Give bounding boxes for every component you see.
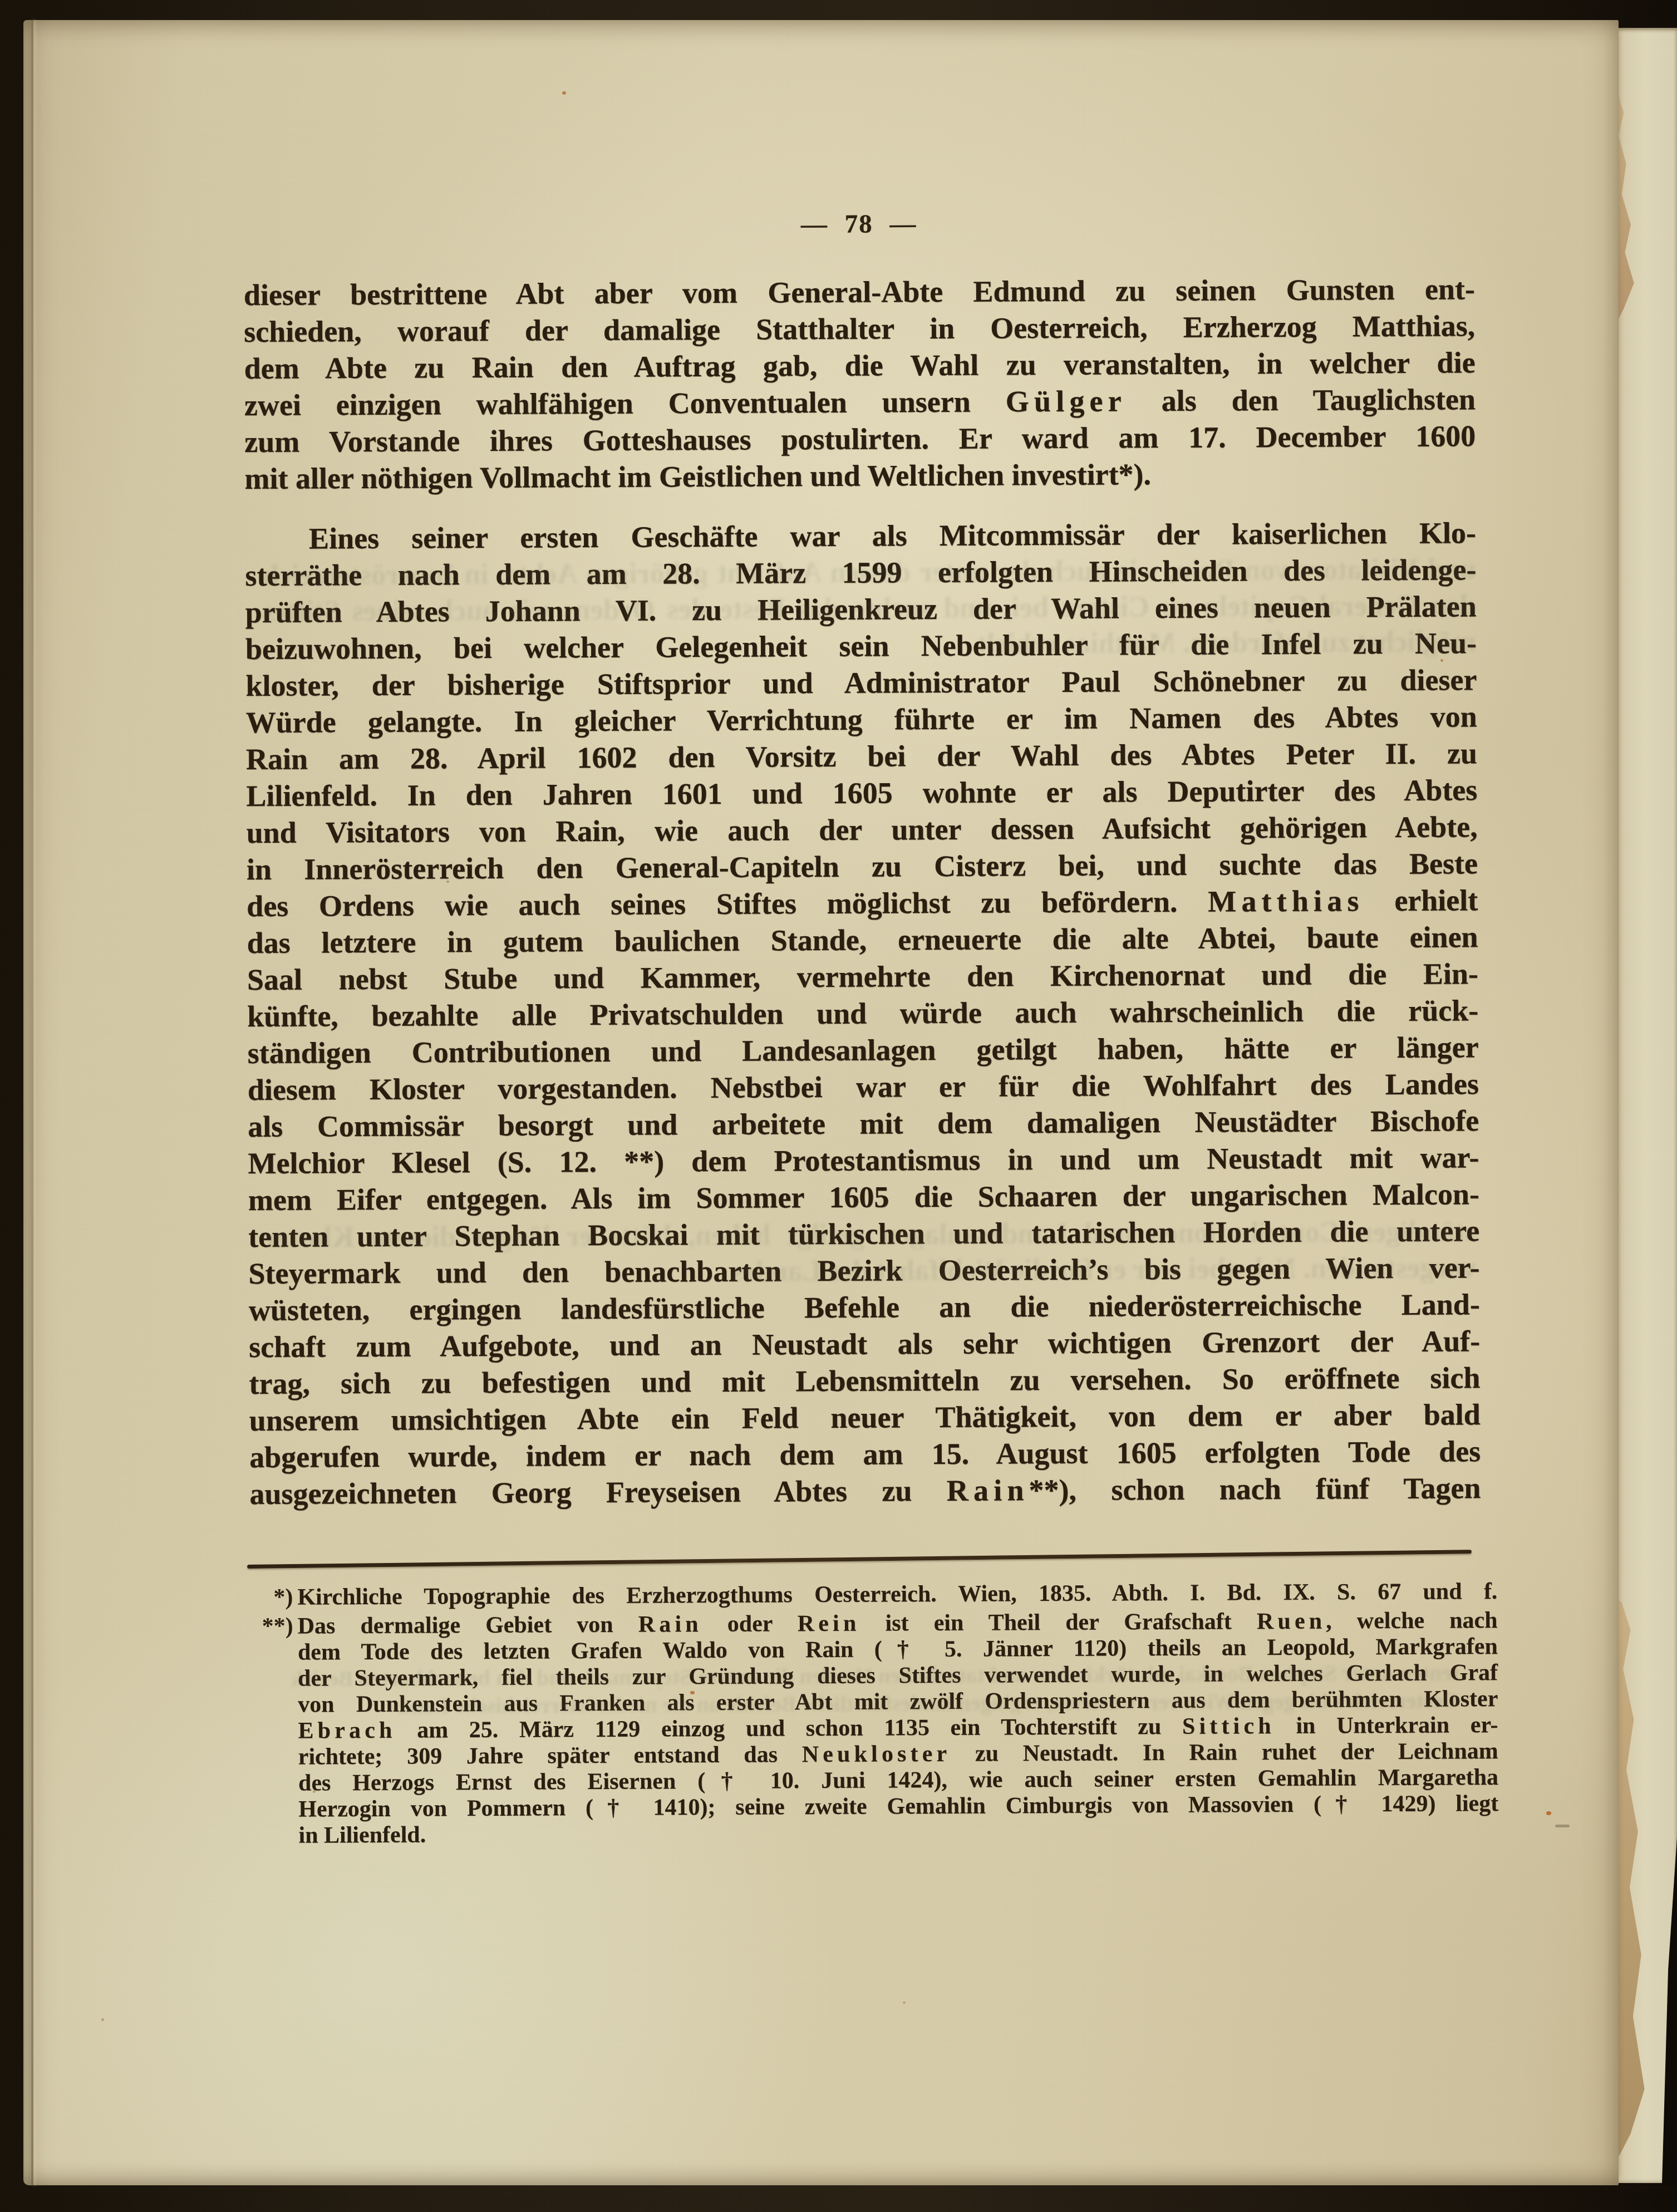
text-line: trag, sich zu befestigen und mit Lebensm… — [249, 1359, 1480, 1402]
footnote-line: Kirchliche Topographie des Erzherzogthum… — [297, 1579, 1497, 1611]
footnote-marker: **) — [249, 1614, 293, 1640]
main-text: dieser bestrittene Abt aber vom General-… — [244, 271, 1481, 1512]
letterspaced-word: Sittich — [1182, 1713, 1275, 1739]
text-line: dieser bestrittene Abt aber vom General-… — [244, 271, 1475, 313]
text-line: abgerufen wurde, indem er nach dem am 15… — [249, 1433, 1481, 1476]
text-line: wüsteten, ergingen landesfürstliche Befe… — [249, 1286, 1480, 1329]
letterspaced-word: Rain — [947, 1473, 1029, 1507]
text-line: und Visitators von Rain, wie auch der un… — [246, 808, 1477, 851]
scanned-book-photo: { "page": { "number": "78", "number_disp… — [0, 0, 1677, 2212]
text-line: schieden, worauf der damalige Statthalte… — [244, 307, 1475, 350]
text-line: als Commissär besorgt und arbeitete mit … — [248, 1102, 1479, 1145]
footnote: **)Das dermalige Gebiet von Rain oder Re… — [297, 1608, 1498, 1849]
text-line: mem Eifer entgegen. Als im Sommer 1605 d… — [248, 1176, 1479, 1218]
text-line: sterräthe nach dem am 28. März 1599 erfo… — [245, 551, 1476, 594]
text-line: das letztere in gutem baulichen Stande, … — [247, 918, 1478, 961]
paragraph: dieser bestrittene Abt aber vom General-… — [244, 271, 1476, 497]
letterspaced-word: Gülger — [1006, 384, 1127, 418]
text-line: schaft zum Aufgebote, und an Neustadt al… — [249, 1323, 1480, 1365]
text-line: kloster, der bisherige Stiftsprior und A… — [245, 661, 1477, 704]
text-line: Lilienfeld. In den Jahren 1601 und 1605 … — [246, 771, 1477, 814]
page-content: — 78 — dieser bestrittene Abt aber vom G… — [18, 16, 1624, 2189]
text-line: zum Vorstande ihres Gotteshauses postuli… — [244, 417, 1476, 460]
footnotes: *)Kirchliche Topographie des Erzherzogth… — [297, 1579, 1498, 1849]
text-line: Saal nebst Stube und Kammer, vermehrte d… — [247, 955, 1478, 998]
footnote-separator-rule — [247, 1550, 1472, 1569]
text-line: tenten unter Stephan Bocskai mit türkisc… — [248, 1212, 1479, 1255]
text-line: prüften Abtes Johann VI. zu Heiligenkreu… — [245, 588, 1477, 631]
text-line: beizuwohnen, bei welcher Gelegenheit sei… — [245, 625, 1477, 667]
letterspaced-word: Neukloster — [802, 1741, 951, 1767]
letterspaced-word: Ebrach — [298, 1718, 396, 1744]
letterspaced-word: Matthias — [1208, 884, 1364, 918]
text-line: Eines seiner ersten Geschäfte war als Mi… — [245, 514, 1476, 557]
text-line: Steyermark und den benachbarten Bezirk O… — [248, 1249, 1479, 1292]
text-line: ständigen Contributionen und Landesanlag… — [247, 1029, 1478, 1071]
text-line: mit aller nöthigen Vollmacht im Geistlic… — [244, 454, 1476, 497]
text-line: dem Abte zu Rain den Auftrag gab, die Wa… — [244, 344, 1475, 387]
text-line: Rain am 28. April 1602 den Vorsitz bei d… — [246, 735, 1477, 778]
book-page: — 78 — dieser bestrittene Abt aber vom G… — [23, 20, 1619, 2185]
text-line: unserem umsichtigen Abte ein Feld neuer … — [249, 1396, 1481, 1439]
footnote: *)Kirchliche Topographie des Erzherzogth… — [297, 1579, 1497, 1611]
page-number: — 78 — — [243, 206, 1474, 248]
letterspaced-word: Rain — [638, 1611, 702, 1638]
footnote-marker: *) — [249, 1585, 293, 1611]
letterspaced-word: Ruen — [1257, 1609, 1326, 1635]
text-line: des Ordens wie auch seines Stiftes mögli… — [247, 882, 1478, 925]
text-line: Melchior Klesel (S. 12. **) dem Protesta… — [248, 1139, 1479, 1182]
paragraph: Eines seiner ersten Geschäfte war als Mi… — [245, 514, 1481, 1512]
text-line: Würde gelangte. In gleicher Verrichtung … — [245, 698, 1477, 741]
text-line: zwei einzigen wahlfähigen Conventualen u… — [244, 381, 1476, 424]
letterspaced-word: Rein — [798, 1611, 860, 1637]
text-line: diesem Kloster vorgestanden. Nebstbei wa… — [248, 1065, 1479, 1108]
text-line: ausgezeichneten Georg Freyseisen Abtes z… — [249, 1469, 1481, 1512]
text-line: künfte, bezahlte alle Privatschulden und… — [247, 992, 1478, 1035]
text-line: in Innerösterreich den General-Capiteln … — [247, 845, 1478, 888]
